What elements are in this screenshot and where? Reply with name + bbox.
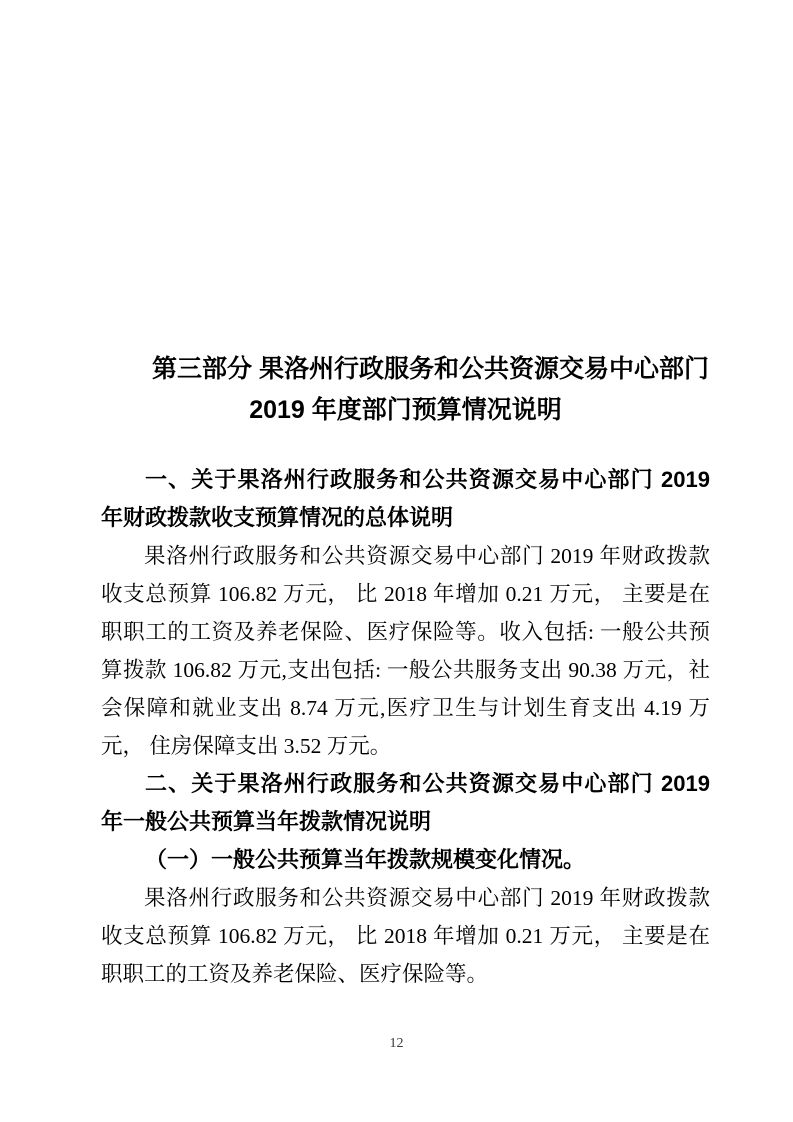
document-title: 第三部分 果洛州行政服务和公共资源交易中心部门2019 年度部门预算情况说明 <box>101 349 710 431</box>
section-2-allocation-paragraph: 果洛州行政服务和公共资源交易中心部门 2019 年财政拨款收支总预算 106.8… <box>101 879 710 993</box>
section-1-overview-paragraph: 果洛州行政服务和公共资源交易中心部门 2019 年财政拨款收支总预算 106.8… <box>101 537 710 765</box>
section-2-heading: 二、关于果洛州行政服务和公共资源交易中心部门 2019 年一般公共预算当年拨款情… <box>101 765 710 841</box>
title-line-1: 第三部分 果洛州行政服务和公共资源交易中心部门 <box>152 355 709 383</box>
document-page: 第三部分 果洛州行政服务和公共资源交易中心部门2019 年度部门预算情况说明 一… <box>0 0 793 1122</box>
document-content: 第三部分 果洛州行政服务和公共资源交易中心部门2019 年度部门预算情况说明 一… <box>101 349 710 993</box>
page-number: 12 <box>0 1036 793 1052</box>
title-line-2: 2019 年度部门预算情况说明 <box>249 396 562 424</box>
section-1-heading: 一、关于果洛州行政服务和公共资源交易中心部门 2019 年财政拨款收支预算情况的… <box>101 461 710 537</box>
section-2-subheading: （一）一般公共预算当年拨款规模变化情况。 <box>101 841 710 879</box>
